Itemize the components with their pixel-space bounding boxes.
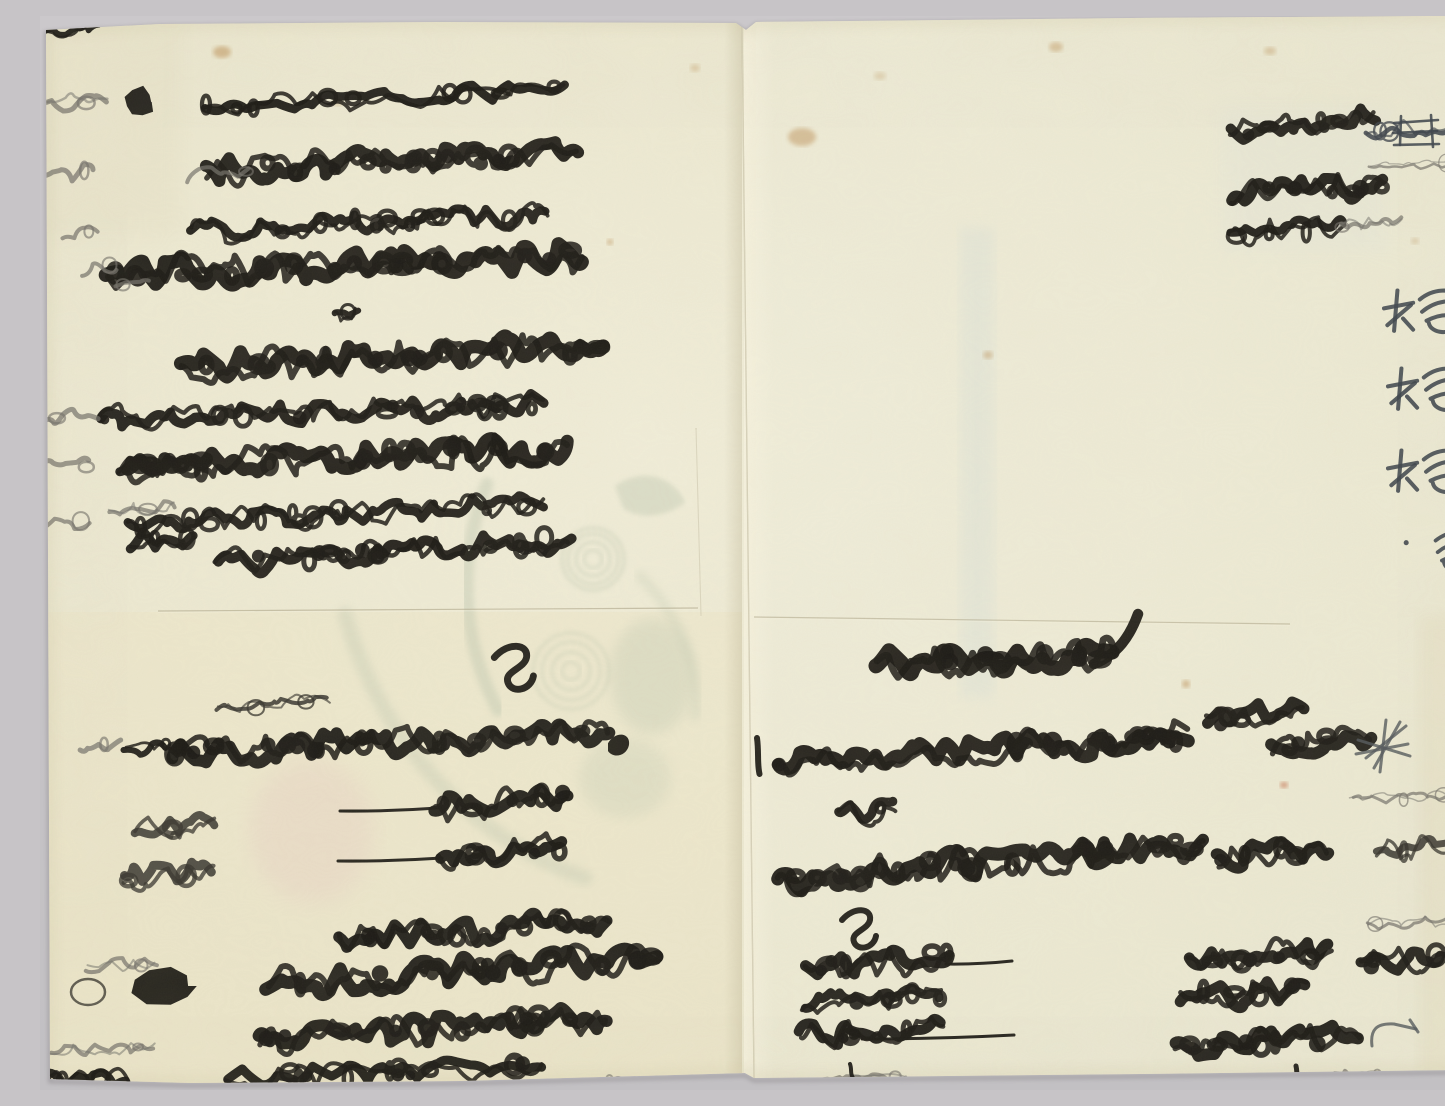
manuscript-photo [40, 16, 1445, 1090]
fiber-noise [40, 16, 1445, 1090]
paper-texture [40, 16, 1445, 1090]
manuscript-scan [40, 16, 1445, 1090]
